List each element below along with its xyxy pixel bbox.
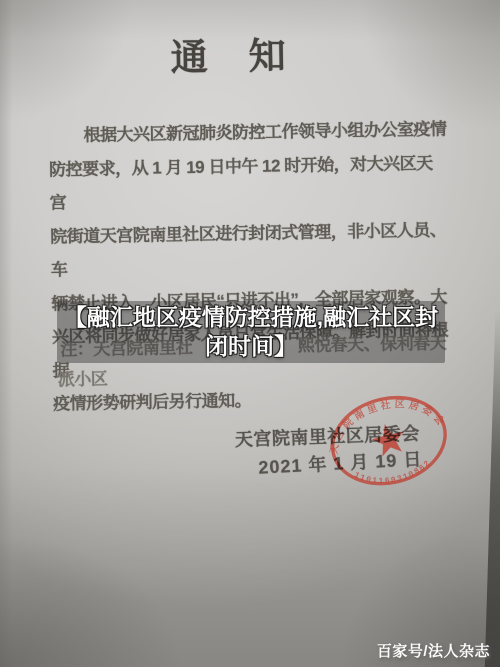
- svg-text:1101160310862: 1101160310862: [351, 452, 436, 494]
- note-line-2: 派小区: [58, 365, 108, 391]
- overlay-banner: 【融汇地区疫情防控措施,融汇社区封 闭时间】: [57, 301, 445, 363]
- watermark-text: 百家号/法人杂志: [377, 643, 490, 660]
- notice-title: 通 知: [0, 22, 480, 85]
- seal-serial-number: 1101160310862: [351, 452, 436, 494]
- seal-star-icon: [369, 420, 408, 458]
- article-image: 通 知 根据大兴区新冠肺炎防控工作领导小组办公室疫情 防控要求，从 1 月 19…: [0, 0, 500, 667]
- overlay-title-line2: 闭时间】: [205, 333, 297, 359]
- body-line: 院街道天宫院南里社区进行封闭式管理，非小区人员、车: [50, 213, 449, 287]
- body-line: 防控要求，从 1 月 19 日中午 12 时开始，对大兴区天宫: [49, 146, 448, 220]
- overlay-title: 【融汇地区疫情防控措施,融汇社区封 闭时间】: [57, 303, 445, 361]
- notice-body: 根据大兴区新冠肺炎防控工作领导小组办公室疫情 防控要求，从 1 月 19 日中午…: [48, 113, 451, 421]
- overlay-title-line1: 【融汇地区疫情防控措施,融汇社区封: [64, 304, 438, 330]
- watermark: 百家号/法人杂志: [377, 640, 490, 661]
